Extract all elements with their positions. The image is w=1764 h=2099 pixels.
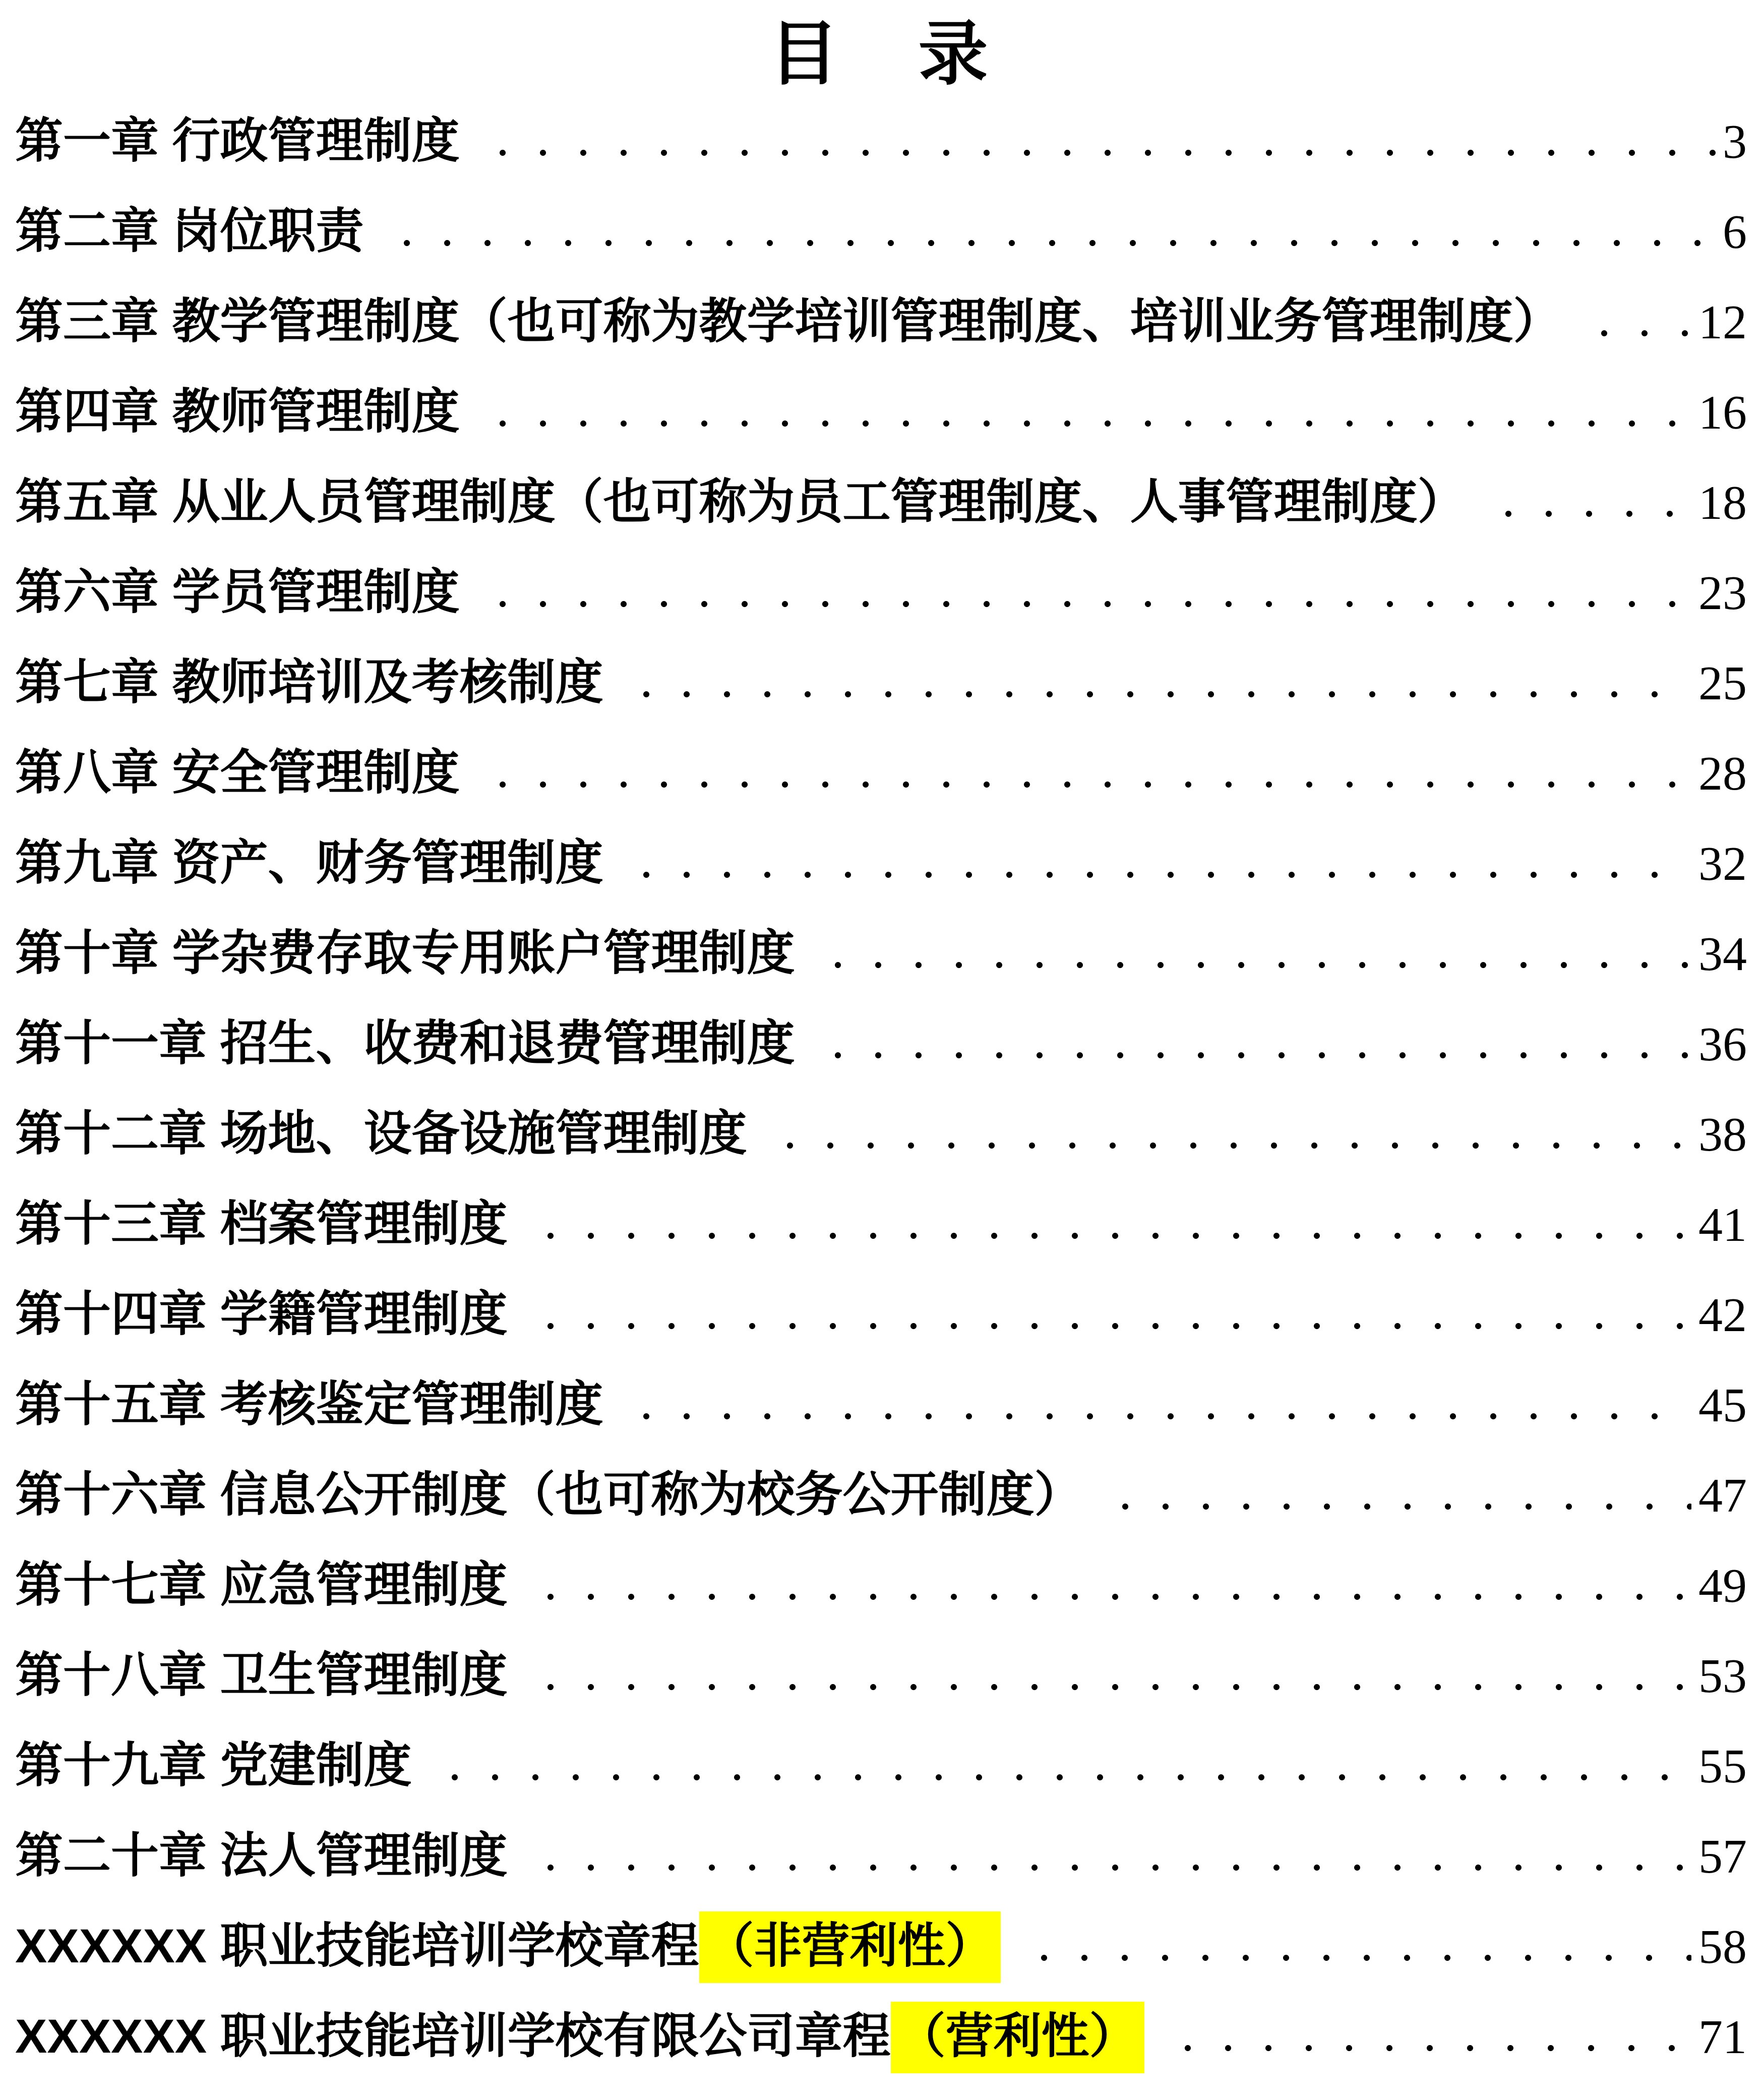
dot-leader — [614, 688, 1691, 701]
entry-text-wrap: 第十四章 学籍管理制度 — [15, 1289, 507, 1341]
toc-row: 第十五章 考核鉴定管理制度 45 — [15, 1374, 1747, 1431]
page-title: 目 录 — [15, 19, 1747, 89]
entry-page: 36 — [1698, 1019, 1747, 1070]
entry-text: 第一章 行政管理制度 — [15, 114, 459, 168]
entry-text: 第十三章 档案管理制度 — [15, 1197, 507, 1251]
entry-page: 57 — [1698, 1831, 1747, 1882]
entry-text: 第七章 教师培训及考核制度 — [15, 656, 603, 709]
toc-row: 第十三章 档案管理制度 41 — [15, 1194, 1747, 1250]
toc-row: XXXXXX 职业技能培训学校章程（非营利性） 58 — [15, 1916, 1747, 1972]
toc-row: 第六章 学员管理制度 23 — [15, 562, 1747, 619]
entry-page: 41 — [1698, 1200, 1747, 1250]
entry-text: 第六章 学员管理制度 — [15, 566, 459, 619]
dot-leader — [518, 1229, 1691, 1242]
dot-leader — [1093, 1500, 1691, 1513]
entry-text: XXXXXX 职业技能培训学校章程 — [15, 1920, 699, 1973]
dot-leader — [422, 1771, 1691, 1784]
toc-row: XXXXXX 职业技能培训学校有限公司章程（营利性） 71 — [15, 2006, 1747, 2063]
entry-page: 49 — [1698, 1561, 1747, 1611]
entry-highlight: （营利性） — [891, 2002, 1144, 2073]
entry-text: 第十二章 场地、设备设施管理制度 — [15, 1107, 747, 1161]
dot-leader — [1476, 507, 1691, 520]
dot-leader — [518, 1681, 1691, 1694]
entry-text-wrap: 第二章 岗位职责 — [15, 206, 363, 258]
entry-page: 16 — [1698, 387, 1747, 438]
entry-text: 第十八章 卫生管理制度 — [15, 1649, 507, 1702]
entry-text: 第二章 岗位职责 — [15, 205, 363, 258]
entry-page: 32 — [1698, 838, 1747, 889]
toc-row: 第四章 教师管理制度 16 — [15, 382, 1747, 438]
entry-text: 第十章 学杂费存取专用账户管理制度 — [15, 927, 795, 980]
entry-text-wrap: XXXXXX 职业技能培训学校章程（非营利性） — [15, 1921, 1001, 1972]
entry-text: 第十六章 信息公开制度（也可称为校务公开制度） — [15, 1468, 1082, 1522]
toc-row: 第十二章 场地、设备设施管理制度 38 — [15, 1104, 1747, 1160]
toc-row: 第七章 教师培训及考核制度 25 — [15, 652, 1747, 709]
dot-leader — [375, 236, 1716, 250]
entry-text-wrap: 第十六章 信息公开制度（也可称为校务公开制度） — [15, 1469, 1082, 1521]
entry-page: 71 — [1698, 2012, 1747, 2063]
entry-text-wrap: 第十七章 应急管理制度 — [15, 1560, 507, 1611]
dot-leader — [470, 597, 1691, 611]
entry-page: 55 — [1698, 1741, 1747, 1792]
entry-text: 第二十章 法人管理制度 — [15, 1829, 507, 1883]
toc-row: 第五章 从业人员管理制度（也可称为员工管理制度、人事管理制度） 18 — [15, 472, 1747, 528]
entry-text: 第十七章 应急管理制度 — [15, 1558, 507, 1612]
entry-page: 23 — [1698, 568, 1747, 619]
toc-list: 第一章 行政管理制度 3 第二章 岗位职责 6 第三章 教学管理制度（也可称为教… — [15, 111, 1747, 2063]
entry-text: 第五章 从业人员管理制度（也可称为员工管理制度、人事管理制度） — [15, 475, 1465, 529]
entry-page: 38 — [1698, 1109, 1747, 1160]
toc-row: 第三章 教学管理制度（也可称为教学培训管理制度、培训业务管理制度） 12 — [15, 291, 1747, 348]
dot-leader — [470, 778, 1691, 791]
entry-text-wrap: 第五章 从业人员管理制度（也可称为员工管理制度、人事管理制度） — [15, 476, 1465, 528]
dot-leader — [518, 1861, 1691, 1874]
toc-row: 第十一章 招生、收费和退费管理制度 36 — [15, 1013, 1747, 1070]
entry-text-wrap: 第九章 资产、财务管理制度 — [15, 837, 603, 889]
entry-text-wrap: 第一章 行政管理制度 — [15, 115, 459, 167]
entry-page: 12 — [1698, 297, 1747, 348]
entry-text-wrap: 第七章 教师培训及考核制度 — [15, 657, 603, 709]
dot-leader — [806, 1049, 1691, 1062]
toc-row: 第一章 行政管理制度 3 — [15, 111, 1747, 167]
entry-text: 第九章 资产、财务管理制度 — [15, 836, 603, 890]
entry-text-wrap: 第十章 学杂费存取专用账户管理制度 — [15, 928, 795, 980]
entry-text: 第十九章 党建制度 — [15, 1739, 411, 1792]
entry-text-wrap: 第十三章 档案管理制度 — [15, 1198, 507, 1250]
entry-page: 45 — [1698, 1380, 1747, 1431]
entry-text-wrap: 第八章 安全管理制度 — [15, 747, 459, 799]
dot-leader — [614, 868, 1691, 881]
entry-text: 第十四章 学籍管理制度 — [15, 1288, 507, 1341]
toc-row: 第十九章 党建制度 55 — [15, 1735, 1747, 1792]
entry-page: 53 — [1698, 1651, 1747, 1702]
toc-row: 第十八章 卫生管理制度 53 — [15, 1645, 1747, 1702]
entry-text-wrap: 第十九章 党建制度 — [15, 1740, 411, 1792]
entry-page: 18 — [1698, 477, 1747, 528]
entry-text-wrap: 第四章 教师管理制度 — [15, 386, 459, 438]
toc-row: 第九章 资产、财务管理制度 32 — [15, 833, 1747, 889]
dot-leader — [614, 1410, 1691, 1423]
dot-leader — [806, 958, 1691, 972]
toc-row: 第十章 学杂费存取专用账户管理制度 34 — [15, 923, 1747, 980]
toc-row: 第二十章 法人管理制度 57 — [15, 1826, 1747, 1882]
document-page: 目 录 第一章 行政管理制度 3 第二章 岗位职责 6 第三章 教学管理制度（也… — [0, 0, 1764, 2099]
entry-page: 3 — [1723, 116, 1747, 167]
entry-page: 28 — [1698, 748, 1747, 799]
entry-text: XXXXXX 职业技能培训学校有限公司章程 — [15, 2010, 891, 2063]
entry-text-wrap: 第三章 教学管理制度（也可称为教学培训管理制度、培训业务管理制度） — [15, 296, 1561, 348]
entry-text-wrap: 第十五章 考核鉴定管理制度 — [15, 1379, 603, 1431]
entry-page: 42 — [1698, 1290, 1747, 1341]
dot-leader — [518, 1320, 1691, 1333]
entry-text: 第四章 教师管理制度 — [15, 385, 459, 439]
entry-text-wrap: 第二十章 法人管理制度 — [15, 1830, 507, 1882]
entry-page: 6 — [1723, 207, 1747, 258]
dot-leader — [518, 1590, 1691, 1603]
entry-page: 34 — [1698, 929, 1747, 980]
entry-page: 25 — [1698, 658, 1747, 709]
dot-leader — [1155, 2042, 1691, 2055]
entry-text: 第三章 教学管理制度（也可称为教学培训管理制度、培训业务管理制度） — [15, 295, 1561, 348]
entry-text-wrap: 第六章 学员管理制度 — [15, 567, 459, 619]
dot-leader — [470, 146, 1716, 159]
entry-highlight: （非营利性） — [699, 1911, 1001, 1983]
entry-text-wrap: 第十八章 卫生管理制度 — [15, 1650, 507, 1702]
toc-row: 第八章 安全管理制度 28 — [15, 743, 1747, 799]
toc-row: 第十六章 信息公开制度（也可称为校务公开制度） 47 — [15, 1465, 1747, 1521]
entry-page: 58 — [1698, 1922, 1747, 1972]
entry-text: 第八章 安全管理制度 — [15, 746, 459, 800]
entry-text-wrap: 第十一章 招生、收费和退费管理制度 — [15, 1018, 795, 1070]
dot-leader — [1572, 327, 1691, 340]
dot-leader — [1012, 1951, 1691, 1964]
dot-leader — [470, 417, 1691, 430]
dot-leader — [758, 1139, 1691, 1152]
entry-text: 第十一章 招生、收费和退费管理制度 — [15, 1017, 795, 1070]
entry-page: 47 — [1698, 1470, 1747, 1521]
entry-text: 第十五章 考核鉴定管理制度 — [15, 1378, 603, 1431]
toc-row: 第二章 岗位职责 6 — [15, 201, 1747, 258]
toc-row: 第十四章 学籍管理制度 42 — [15, 1284, 1747, 1341]
toc-row: 第十七章 应急管理制度 49 — [15, 1555, 1747, 1611]
entry-text-wrap: XXXXXX 职业技能培训学校有限公司章程（营利性） — [15, 2011, 1144, 2063]
entry-text-wrap: 第十二章 场地、设备设施管理制度 — [15, 1108, 747, 1160]
